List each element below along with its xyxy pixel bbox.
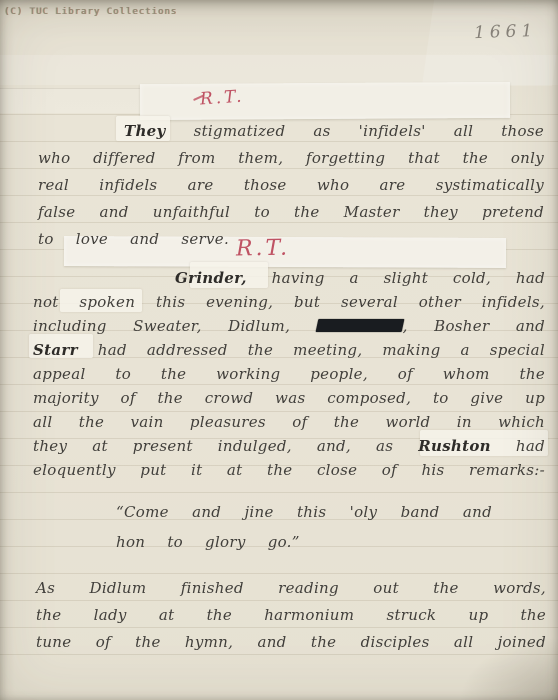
manuscript-line: the lady at the harmonium struck up the xyxy=(36,602,546,629)
manuscript-line: real infidels are those who are systimat… xyxy=(38,172,544,199)
manuscript-line: false and unfaithful to the Master they … xyxy=(38,199,544,226)
paper-crease xyxy=(0,88,146,113)
manuscript-line: They stigmatized as 'infidels' all those xyxy=(38,118,544,145)
paragraph-harmonium: As Didlum finished reading out the words… xyxy=(36,575,546,656)
manuscript-line: all the vain pleasures of the world in w… xyxy=(33,410,545,434)
library-watermark: (C) TUC Library Collections xyxy=(4,7,177,17)
heavy-ink-word: They xyxy=(124,122,166,140)
paragraph-meeting: Grinder, having a slight cold, hadnot sp… xyxy=(33,266,545,482)
heavy-ink-word: Grinder, xyxy=(175,269,247,287)
manuscript-page-scan: (C) TUC Library Collections 1661 R.T. R.… xyxy=(0,0,558,700)
manuscript-line: Grinder, having a slight cold, had xyxy=(33,266,545,290)
pasted-strip-top xyxy=(140,82,510,120)
manuscript-line: hon to glory go.” xyxy=(116,527,492,557)
manuscript-line: tune of the hymn, and the disciples all … xyxy=(36,629,546,656)
manuscript-line: As Didlum finished reading out the words… xyxy=(36,575,546,602)
manuscript-line: majority of the crowd was composed, to g… xyxy=(33,386,545,410)
heavy-ink-word: Starr xyxy=(33,341,78,359)
manuscript-line: to love and serve. xyxy=(38,226,544,253)
manuscript-line: Starr had addressed the meeting, making … xyxy=(33,338,545,362)
scan-light-corner xyxy=(422,0,558,86)
paragraph-infidels: They stigmatized as 'infidels' all those… xyxy=(38,118,544,253)
red-initials-annotation-top: R.T. xyxy=(199,86,245,109)
manuscript-line: appeal to the working people, of whom th… xyxy=(33,362,545,386)
manuscript-line: they at present indulged, and, as Rushto… xyxy=(33,434,545,458)
page-number: 1661 xyxy=(474,21,538,43)
manuscript-line: including Sweater, Didlum, , Bosher and xyxy=(33,314,545,338)
manuscript-line: who differed from them, forgetting that … xyxy=(38,145,544,172)
heavy-ink-word: Rushton xyxy=(418,437,491,455)
hymn-quote: “Come and jine this 'oly band andhon to … xyxy=(116,497,492,557)
manuscript-line: “Come and jine this 'oly band and xyxy=(116,497,492,527)
redacted-name-mark xyxy=(315,319,404,332)
manuscript-line: not spoken this evening, but several oth… xyxy=(33,290,545,314)
rt-label: R.T. xyxy=(199,86,245,109)
manuscript-line: eloquently put it at the close of his re… xyxy=(33,458,545,482)
